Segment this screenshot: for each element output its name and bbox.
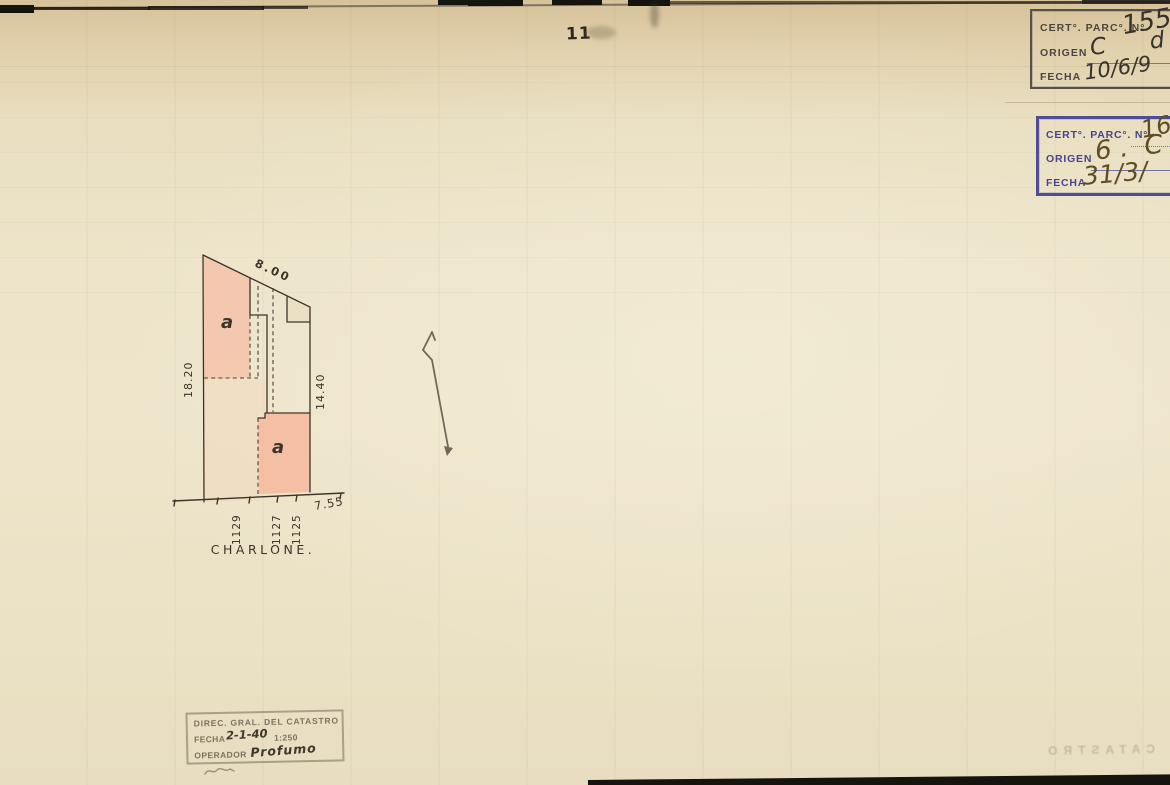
fecha-label: FECHA [1040, 71, 1081, 83]
scan-edge-mark [438, 0, 468, 5]
catastro-office-stamp: DIREC. GRAL. DEL CATASTRO FECHA 2-1-40 1… [185, 709, 344, 764]
fecha-value-handwritten: 31/3/ [1082, 156, 1149, 191]
dimension-left: 18.20 [182, 362, 195, 399]
faint-ruled-line [0, 66, 1170, 67]
fecha-label: FECHA [1046, 177, 1086, 189]
scan-edge-mark [262, 6, 308, 9]
parcel-number: 1129 [231, 514, 243, 545]
lot-label-lower: a [272, 437, 284, 458]
form-rule [1081, 194, 1170, 195]
scan-edge-mark [1082, 0, 1170, 4]
scan-edge-mark [670, 1, 1082, 4]
origen-label: ORIGEN [1040, 47, 1087, 59]
lot-label-upper: a [221, 312, 233, 333]
ink-smudge [586, 26, 616, 39]
fecha-label: FECHA [194, 734, 225, 745]
ink-smudge [650, 2, 659, 28]
scan-edge-mark [552, 0, 602, 5]
scanned-cadastral-page: 11 CATASTRO CERT°. PARC°. N° 155 ORIGEN … [0, 0, 1170, 785]
scan-edge-mark [30, 7, 150, 10]
north-arrow-icon [403, 313, 463, 463]
parcel-plan-drawing: 18.20 14.40 8.00 7.55 a a 1129 1127 1125… [158, 236, 362, 570]
scan-edge-mark [628, 0, 670, 6]
scan-edge-mark [0, 5, 34, 13]
cert-parc-stamp-2: CERT°. PARC°. N°. 16 ORIGEN 6 . C FECHA … [1036, 116, 1170, 196]
handwritten-scribble [203, 765, 237, 777]
dimension-top: 8.00 [253, 256, 294, 285]
operador-label: OPERADOR [194, 749, 247, 760]
street-name: CHARLONE. [211, 542, 315, 557]
form-rule [1080, 87, 1170, 88]
bleed-through-text: CATASTRO [920, 742, 1155, 760]
scan-edge-mark [468, 0, 523, 6]
operador-value-handwritten: Profumo [250, 740, 317, 760]
dimension-right: 14.40 [314, 374, 327, 411]
scan-edge-mark [148, 6, 264, 10]
parcel-number: 1125 [291, 514, 303, 545]
fecha-value-handwritten: 2-1-40 [226, 726, 268, 742]
dimension-bottom: 7.55 [313, 494, 345, 513]
parcel-number: 1127 [271, 514, 283, 545]
scan-edge-bottom [588, 774, 1170, 785]
cert-parc-stamp-1: CERT°. PARC°. N° 155 ORIGEN C d FECHA 10… [1030, 9, 1170, 89]
faint-ruled-line [1005, 102, 1170, 103]
